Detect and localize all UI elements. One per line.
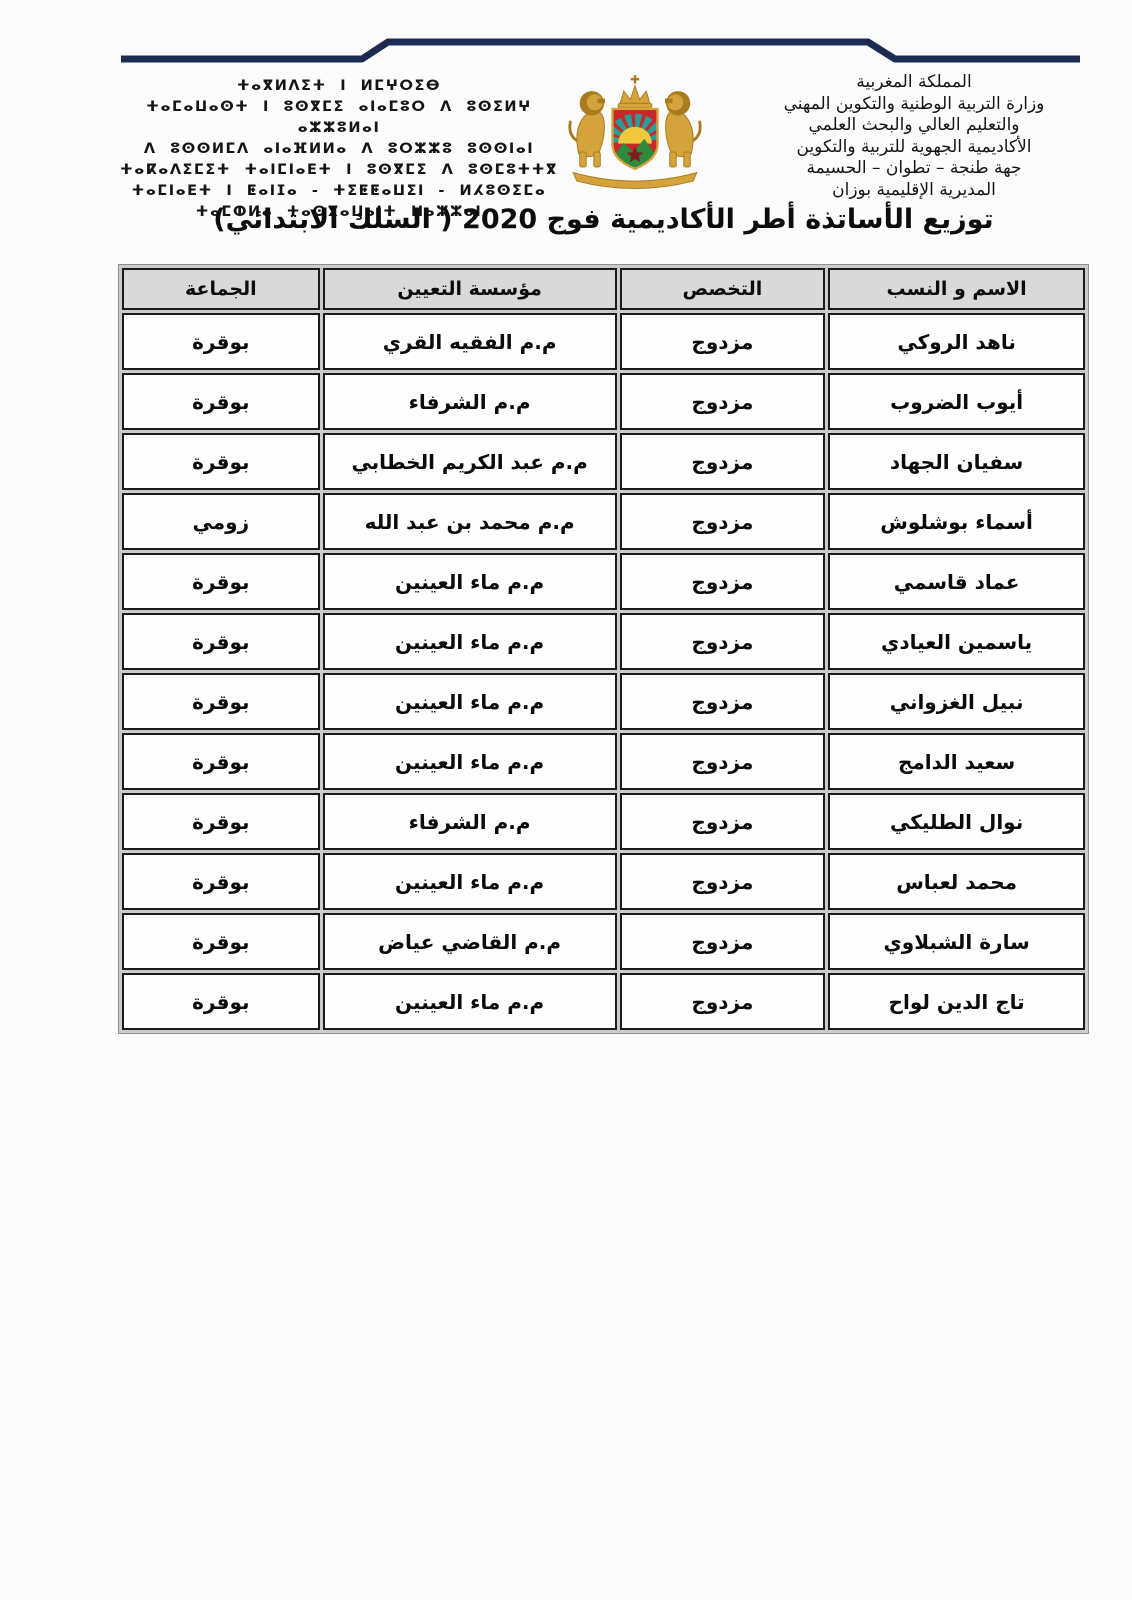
table-body: ناهد الروكيمزدوجم.م الفقيه القريبوقرةأيو… <box>122 313 1085 1030</box>
cell-name: سعيد الدامج <box>828 733 1085 790</box>
cell-commune: بوقرة <box>122 793 320 850</box>
cell-name: سفيان الجهاد <box>828 433 1085 490</box>
cell-commune: بوقرة <box>122 733 320 790</box>
cell-name: تاج الدين لواح <box>828 973 1085 1030</box>
table-row: ياسمين العياديمزدوجم.م ماء العينينبوقرة <box>122 613 1085 670</box>
cell-institution: م.م الفقيه القري <box>323 313 617 370</box>
cell-specialty: مزدوج <box>620 433 826 490</box>
cell-institution: م.م ماء العينين <box>323 553 617 610</box>
cell-commune: بوقرة <box>122 613 320 670</box>
cell-institution: م.م الشرفاء <box>323 373 617 430</box>
cell-institution: م.م ماء العينين <box>323 673 617 730</box>
cell-commune: بوقرة <box>122 853 320 910</box>
arabic-line-academy: الأكاديمية الجهوية للتربية والتكوين <box>710 137 1118 159</box>
cell-specialty: مزدوج <box>620 313 826 370</box>
emblem-banner <box>573 173 697 189</box>
morocco-coat-of-arms <box>560 70 710 200</box>
cell-commune: زومي <box>122 493 320 550</box>
cell-institution: م.م ماء العينين <box>323 853 617 910</box>
cell-specialty: مزدوج <box>620 553 826 610</box>
table-row: سفيان الجهادمزدوجم.م عبد الكريم الخطابيب… <box>122 433 1085 490</box>
table-header: الاسم و النسب التخصص مؤسسة التعيين الجما… <box>122 268 1085 310</box>
cell-specialty: مزدوج <box>620 853 826 910</box>
assignments-table: الاسم و النسب التخصص مؤسسة التعيين الجما… <box>118 264 1089 1034</box>
table-row: نوال الطليكيمزدوجم.م الشرفاءبوقرة <box>122 793 1085 850</box>
cell-specialty: مزدوج <box>620 973 826 1030</box>
cell-commune: بوقرة <box>122 913 320 970</box>
cell-specialty: مزدوج <box>620 793 826 850</box>
cell-name: أيوب الضروب <box>828 373 1085 430</box>
navy-rule-line <box>121 42 1080 59</box>
cell-specialty: مزدوج <box>620 673 826 730</box>
cell-institution: م.م ماء العينين <box>323 613 617 670</box>
letterhead-tifinagh: ⵜⴰⴳⵍⴷⵉⵜ ⵏ ⵍⵎⵖⵔⵉⴱ ⵜⴰⵎⴰⵡⴰⵙⵜ ⵏ ⵓⵙⴳⵎⵉ ⴰⵏⴰⵎⵓⵔ… <box>118 70 560 223</box>
tifinagh-line: ⵜⴰⴳⵍⴷⵉⵜ ⵏ ⵍⵎⵖⵔⵉⴱ <box>118 76 560 97</box>
cell-specialty: مزدوج <box>620 913 826 970</box>
emblem-crown <box>618 75 652 108</box>
table-row: ناهد الروكيمزدوجم.م الفقيه القريبوقرة <box>122 313 1085 370</box>
cell-commune: بوقرة <box>122 313 320 370</box>
table-row: محمد لعباسمزدوجم.م ماء العينينبوقرة <box>122 853 1085 910</box>
cell-name: أسماء بوشلوش <box>828 493 1085 550</box>
arabic-line-education: والتعليم العالي والبحث العلمي <box>710 115 1118 137</box>
cell-institution: م.م عبد الكريم الخطابي <box>323 433 617 490</box>
tifinagh-line: ⵜⴰⴽⴰⴷⵉⵎⵉⵜ ⵜⴰⵏⵎⵏⴰⴹⵜ ⵏ ⵓⵙⴳⵎⵉ ⴷ ⵓⵙⵎⵓⵜⵜⴳ <box>118 160 560 181</box>
cell-specialty: مزدوج <box>620 613 826 670</box>
cell-name: عماد قاسمي <box>828 553 1085 610</box>
emblem-lion-right <box>665 91 700 167</box>
cell-institution: م.م محمد بن عبد الله <box>323 493 617 550</box>
coat-of-arms-icon <box>560 74 710 200</box>
column-header-name: الاسم و النسب <box>828 268 1085 310</box>
emblem-lion-left <box>570 91 605 167</box>
document-page: ⵜⴰⴳⵍⴷⵉⵜ ⵏ ⵍⵎⵖⵔⵉⴱ ⵜⴰⵎⴰⵡⴰⵙⵜ ⵏ ⵓⵙⴳⵎⵉ ⴰⵏⴰⵎⵓⵔ… <box>0 0 1132 1600</box>
tifinagh-line: ⴷ ⵓⵙⵙⵍⵎⴷ ⴰⵏⴰⴼⵍⵍⴰ ⴷ ⵓⵔⵣⵣⵓ ⵓⵙⵙⵏⴰⵏ <box>118 139 560 160</box>
table-row: تاج الدين لواحمزدوجم.م ماء العينينبوقرة <box>122 973 1085 1030</box>
table-row: سارة الشبلاويمزدوجم.م القاضي عياضبوقرة <box>122 913 1085 970</box>
cell-name: محمد لعباس <box>828 853 1085 910</box>
cell-institution: م.م ماء العينين <box>323 733 617 790</box>
cell-specialty: مزدوج <box>620 373 826 430</box>
arabic-line-directorate: المديرية الإقليمية بوزان <box>710 180 1118 202</box>
cell-specialty: مزدوج <box>620 493 826 550</box>
table-row: سعيد الدامجمزدوجم.م ماء العينينبوقرة <box>122 733 1085 790</box>
tifinagh-line: ⵜⴰⵎⵏⴰⴹⵜ ⵏ ⵟⴰⵏⵊⴰ - ⵜⵉⵟⵟⴰⵡⵉⵏ - ⵍⵃⵓⵙⵉⵎⴰ <box>118 181 560 202</box>
cell-name: نبيل الغزواني <box>828 673 1085 730</box>
arabic-line-region: جهة طنجة – تطوان – الحسيمة <box>710 158 1118 180</box>
cell-name: ناهد الروكي <box>828 313 1085 370</box>
cell-commune: بوقرة <box>122 373 320 430</box>
column-header-institution: مؤسسة التعيين <box>323 268 617 310</box>
cell-institution: م.م القاضي عياض <box>323 913 617 970</box>
cell-name: نوال الطليكي <box>828 793 1085 850</box>
table-row: أسماء بوشلوشمزدوجم.م محمد بن عبد اللهزوم… <box>122 493 1085 550</box>
cell-commune: بوقرة <box>122 673 320 730</box>
document-title: توزيع الأساتذة أطر الأكاديمية فوج 2020 (… <box>118 204 1089 235</box>
cell-commune: بوقرة <box>122 553 320 610</box>
header-row: الاسم و النسب التخصص مؤسسة التعيين الجما… <box>122 268 1085 310</box>
table-row: نبيل الغزوانيمزدوجم.م ماء العينينبوقرة <box>122 673 1085 730</box>
letterhead: ⵜⴰⴳⵍⴷⵉⵜ ⵏ ⵍⵎⵖⵔⵉⴱ ⵜⴰⵎⴰⵡⴰⵙⵜ ⵏ ⵓⵙⴳⵎⵉ ⴰⵏⴰⵎⵓⵔ… <box>118 70 1118 223</box>
column-header-commune: الجماعة <box>122 268 320 310</box>
arabic-line-ministry: وزارة التربية الوطنية والتكوين المهني <box>710 94 1118 116</box>
tifinagh-line: ⵜⴰⵎⴰⵡⴰⵙⵜ ⵏ ⵓⵙⴳⵎⵉ ⴰⵏⴰⵎⵓⵔ ⴷ ⵓⵙⵉⵍⵖ ⴰⵣⵣⵓⵍⴰⵏ <box>118 97 560 139</box>
emblem-shield <box>606 107 664 173</box>
cell-institution: م.م الشرفاء <box>323 793 617 850</box>
cell-name: ياسمين العيادي <box>828 613 1085 670</box>
cell-commune: بوقرة <box>122 973 320 1030</box>
table-row: عماد قاسميمزدوجم.م ماء العينينبوقرة <box>122 553 1085 610</box>
decorative-top-rule <box>0 0 1132 72</box>
cell-specialty: مزدوج <box>620 733 826 790</box>
arabic-line-kingdom: المملكة المغربية <box>710 72 1118 94</box>
letterhead-arabic: المملكة المغربية وزارة التربية الوطنية و… <box>710 70 1118 201</box>
cell-name: سارة الشبلاوي <box>828 913 1085 970</box>
column-header-specialty: التخصص <box>620 268 826 310</box>
cell-institution: م.م ماء العينين <box>323 973 617 1030</box>
table-row: أيوب الضروبمزدوجم.م الشرفاءبوقرة <box>122 373 1085 430</box>
cell-commune: بوقرة <box>122 433 320 490</box>
